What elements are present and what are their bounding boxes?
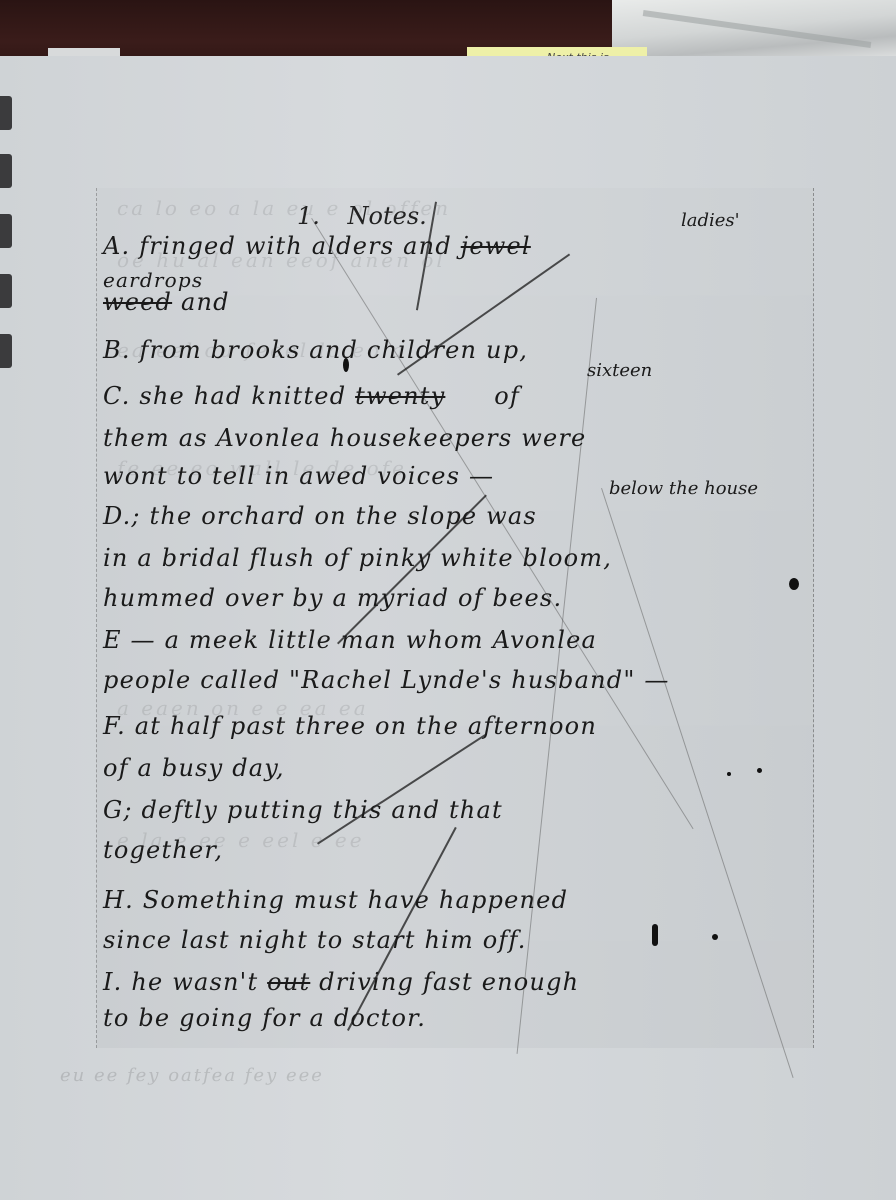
ink-blot xyxy=(757,768,762,773)
manuscript-line-C3: wont to tell in awed voices — xyxy=(103,462,494,490)
manuscript-line-G2: together, xyxy=(103,836,223,864)
binder-ring-icon xyxy=(0,154,12,188)
manuscript-line-H: H. Something must have happened xyxy=(103,886,568,914)
manuscript-line-D3: hummed over by a myriad of bees. xyxy=(103,584,562,612)
manuscript-line-F: F. at half past three on the afternoon xyxy=(103,712,597,740)
ink-blot xyxy=(652,924,658,946)
page-title: 1. Notes. xyxy=(297,202,427,230)
manuscript-line-A3: weed and xyxy=(103,288,230,316)
manuscript-line-I: I. he wasn't out driving fast enough xyxy=(103,968,579,996)
ink-blot xyxy=(343,358,349,372)
manuscript-line-E: E — a meek little man whom Avonlea xyxy=(103,626,597,654)
paper-stack xyxy=(612,0,896,62)
binder-ring-icon xyxy=(0,214,12,248)
manuscript-line-E2: people called "Rachel Lynde's husband" — xyxy=(103,666,670,694)
interlinear-insert: below the house xyxy=(609,478,758,499)
manuscript-line-C2: them as Avonlea housekeepers were xyxy=(103,424,586,452)
interlinear-insert: sixteen xyxy=(587,360,652,381)
pencil-stroke xyxy=(601,488,794,1078)
ink-blot xyxy=(789,578,799,590)
manuscript-line-A: A. fringed with alders and jewel xyxy=(103,232,531,260)
manuscript-line-D2: in a bridal flush of pinky white bloom, xyxy=(103,544,612,572)
binder-ring-icon xyxy=(0,274,12,308)
bleed-through-text: eu ee fey oatfea fey eee xyxy=(60,1065,324,1086)
interlinear-insert: ladies' xyxy=(681,210,740,231)
manuscript-line-H2: since last night to start him off. xyxy=(103,926,527,954)
photocopy-block: ca lo eo a la eu e ol offen oe hu al ean… xyxy=(96,188,814,1048)
ink-blot xyxy=(712,934,718,940)
binder-ring-icon xyxy=(0,96,12,130)
manuscript-line-G: G; deftly putting this and that xyxy=(103,796,503,824)
manuscript-line-D: D.; the orchard on the slope was xyxy=(103,502,537,530)
ink-blot xyxy=(727,772,731,776)
manuscript-line-C: C. she had knitted twenty of xyxy=(103,382,520,410)
manuscript-line-I2: to be going for a doctor. xyxy=(103,1004,426,1032)
manuscript-line-F2: of a busy day, xyxy=(103,754,285,782)
binder-ring-icon xyxy=(0,334,12,368)
manuscript-line-B: B. from brooks and children up, xyxy=(103,336,528,364)
